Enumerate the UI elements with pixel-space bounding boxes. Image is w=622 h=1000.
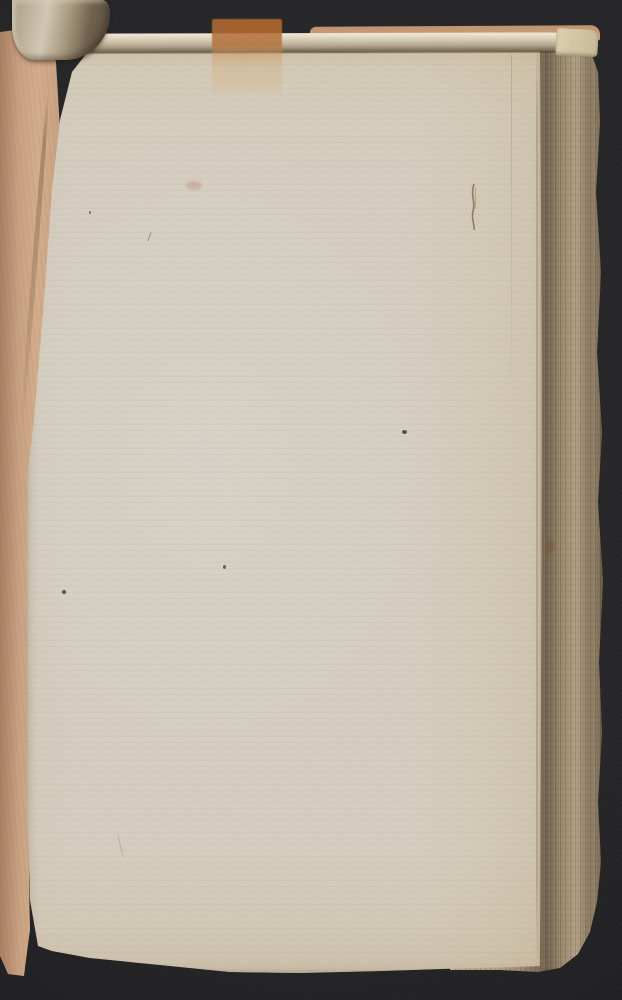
page-right-edge-line (536, 48, 538, 964)
tape-residue-bright-spot (226, 20, 281, 33)
ink-speck (402, 430, 407, 434)
blank-page (24, 40, 543, 975)
fiber-mark (464, 182, 486, 232)
ink-speck (89, 211, 91, 214)
red-smudge (186, 181, 202, 190)
page-corner-flap (555, 28, 598, 57)
stain-spot (545, 540, 554, 553)
book-scan (0, 0, 622, 1000)
page-crease (511, 55, 512, 395)
text-block-top-edge (76, 32, 598, 52)
ink-speck (62, 590, 66, 594)
ink-speck (223, 565, 226, 569)
